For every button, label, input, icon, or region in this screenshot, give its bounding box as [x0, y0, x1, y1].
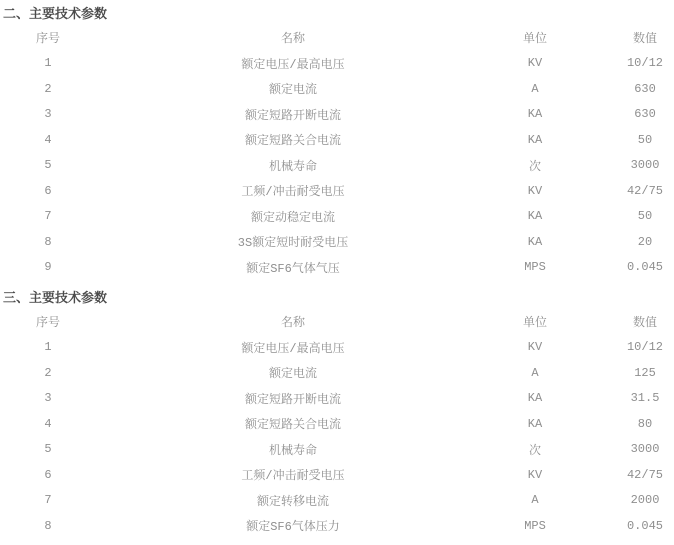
- cell-value: 80: [580, 411, 674, 437]
- cell-unit: A: [490, 360, 580, 386]
- cell-value: 42/75: [580, 178, 674, 204]
- column-header: 数值: [580, 25, 674, 51]
- cell-unit: KV: [490, 178, 580, 204]
- table-row: 1额定电压/最高电压KV10/12: [0, 335, 674, 361]
- cell-value: 630: [580, 102, 674, 128]
- parameter-section: 三、主要技术参数 序号名称单位数值 1额定电压/最高电压KV10/122额定电流…: [0, 291, 674, 539]
- table-body: 1额定电压/最高电压KV10/122额定电流A6303额定短路开断电流KA630…: [0, 51, 674, 281]
- column-header: 单位: [490, 309, 580, 335]
- cell-index: 5: [0, 153, 96, 179]
- cell-value: 0.045: [580, 255, 674, 281]
- cell-unit: MPS: [490, 255, 580, 281]
- section-title: 二、主要技术参数: [3, 7, 674, 23]
- cell-index: 4: [0, 127, 96, 153]
- cell-index: 1: [0, 51, 96, 77]
- column-header: 序号: [0, 25, 96, 51]
- table-row: 3额定短路开断电流KA630: [0, 102, 674, 128]
- cell-name: 额定短路开断电流: [96, 102, 490, 128]
- cell-index: 7: [0, 488, 96, 514]
- cell-unit: KA: [490, 229, 580, 255]
- cell-unit: 次: [490, 437, 580, 463]
- cell-name: 额定转移电流: [96, 488, 490, 514]
- table-row: 3额定短路开断电流KA31.5: [0, 386, 674, 412]
- parameter-section: 二、主要技术参数 序号名称单位数值 1额定电压/最高电压KV10/122额定电流…: [0, 7, 674, 280]
- cell-name: 额定短路关合电流: [96, 411, 490, 437]
- cell-value: 2000: [580, 488, 674, 514]
- cell-name: 额定电压/最高电压: [96, 335, 490, 361]
- cell-unit: KA: [490, 204, 580, 230]
- table-row: 7额定动稳定电流KA50: [0, 204, 674, 230]
- cell-unit: A: [490, 76, 580, 102]
- table-row: 6工频/冲击耐受电压KV42/75: [0, 462, 674, 488]
- cell-name: 机械寿命: [96, 437, 490, 463]
- column-header: 名称: [96, 25, 490, 51]
- cell-index: 3: [0, 102, 96, 128]
- cell-index: 2: [0, 360, 96, 386]
- column-header: 名称: [96, 309, 490, 335]
- cell-unit: A: [490, 488, 580, 514]
- cell-index: 3: [0, 386, 96, 412]
- cell-name: 额定短路关合电流: [96, 127, 490, 153]
- cell-value: 10/12: [580, 335, 674, 361]
- parameter-table: 序号名称单位数值 1额定电压/最高电压KV10/122额定电流A6303额定短路…: [0, 25, 674, 280]
- cell-index: 7: [0, 204, 96, 230]
- cell-name: 额定电流: [96, 360, 490, 386]
- page-content: 二、主要技术参数 序号名称单位数值 1额定电压/最高电压KV10/122额定电流…: [0, 7, 674, 539]
- cell-index: 5: [0, 437, 96, 463]
- cell-unit: KV: [490, 335, 580, 361]
- table-row: 5机械寿命次3000: [0, 153, 674, 179]
- cell-index: 2: [0, 76, 96, 102]
- cell-name: 额定SF6气体压力: [96, 513, 490, 539]
- parameter-table: 序号名称单位数值 1额定电压/最高电压KV10/122额定电流A1253额定短路…: [0, 309, 674, 539]
- cell-unit: KA: [490, 411, 580, 437]
- table-row: 1额定电压/最高电压KV10/12: [0, 51, 674, 77]
- table-row: 4额定短路关合电流KA80: [0, 411, 674, 437]
- table-header-row: 序号名称单位数值: [0, 309, 674, 335]
- cell-value: 3000: [580, 153, 674, 179]
- cell-name: 工频/冲击耐受电压: [96, 178, 490, 204]
- cell-value: 125: [580, 360, 674, 386]
- cell-name: 额定动稳定电流: [96, 204, 490, 230]
- cell-value: 3000: [580, 437, 674, 463]
- column-header: 序号: [0, 309, 96, 335]
- cell-unit: KV: [490, 51, 580, 77]
- table-row: 9额定SF6气体气压MPS0.045: [0, 255, 674, 281]
- cell-name: 机械寿命: [96, 153, 490, 179]
- cell-index: 6: [0, 178, 96, 204]
- cell-value: 20: [580, 229, 674, 255]
- cell-value: 630: [580, 76, 674, 102]
- table-body: 1额定电压/最高电压KV10/122额定电流A1253额定短路开断电流KA31.…: [0, 335, 674, 539]
- cell-unit: KA: [490, 127, 580, 153]
- cell-unit: MPS: [490, 513, 580, 539]
- cell-name: 额定电压/最高电压: [96, 51, 490, 77]
- table-row: 83S额定短时耐受电压KA20: [0, 229, 674, 255]
- cell-index: 1: [0, 335, 96, 361]
- cell-unit: KA: [490, 386, 580, 412]
- column-header: 单位: [490, 25, 580, 51]
- cell-value: 50: [580, 127, 674, 153]
- cell-unit: KV: [490, 462, 580, 488]
- table-row: 2额定电流A125: [0, 360, 674, 386]
- section-title: 三、主要技术参数: [3, 291, 674, 307]
- cell-name: 工频/冲击耐受电压: [96, 462, 490, 488]
- table-row: 7额定转移电流A2000: [0, 488, 674, 514]
- cell-index: 9: [0, 255, 96, 281]
- cell-name: 额定电流: [96, 76, 490, 102]
- cell-name: 3S额定短时耐受电压: [96, 229, 490, 255]
- cell-index: 6: [0, 462, 96, 488]
- cell-value: 31.5: [580, 386, 674, 412]
- cell-name: 额定SF6气体气压: [96, 255, 490, 281]
- cell-name: 额定短路开断电流: [96, 386, 490, 412]
- cell-value: 50: [580, 204, 674, 230]
- cell-index: 8: [0, 513, 96, 539]
- column-header: 数值: [580, 309, 674, 335]
- table-row: 8额定SF6气体压力MPS0.045: [0, 513, 674, 539]
- cell-unit: KA: [490, 102, 580, 128]
- cell-index: 8: [0, 229, 96, 255]
- table-row: 6工频/冲击耐受电压KV42/75: [0, 178, 674, 204]
- cell-value: 42/75: [580, 462, 674, 488]
- cell-index: 4: [0, 411, 96, 437]
- table-row: 2额定电流A630: [0, 76, 674, 102]
- table-row: 5机械寿命次3000: [0, 437, 674, 463]
- cell-unit: 次: [490, 153, 580, 179]
- table-row: 4额定短路关合电流KA50: [0, 127, 674, 153]
- cell-value: 10/12: [580, 51, 674, 77]
- cell-value: 0.045: [580, 513, 674, 539]
- table-header-row: 序号名称单位数值: [0, 25, 674, 51]
